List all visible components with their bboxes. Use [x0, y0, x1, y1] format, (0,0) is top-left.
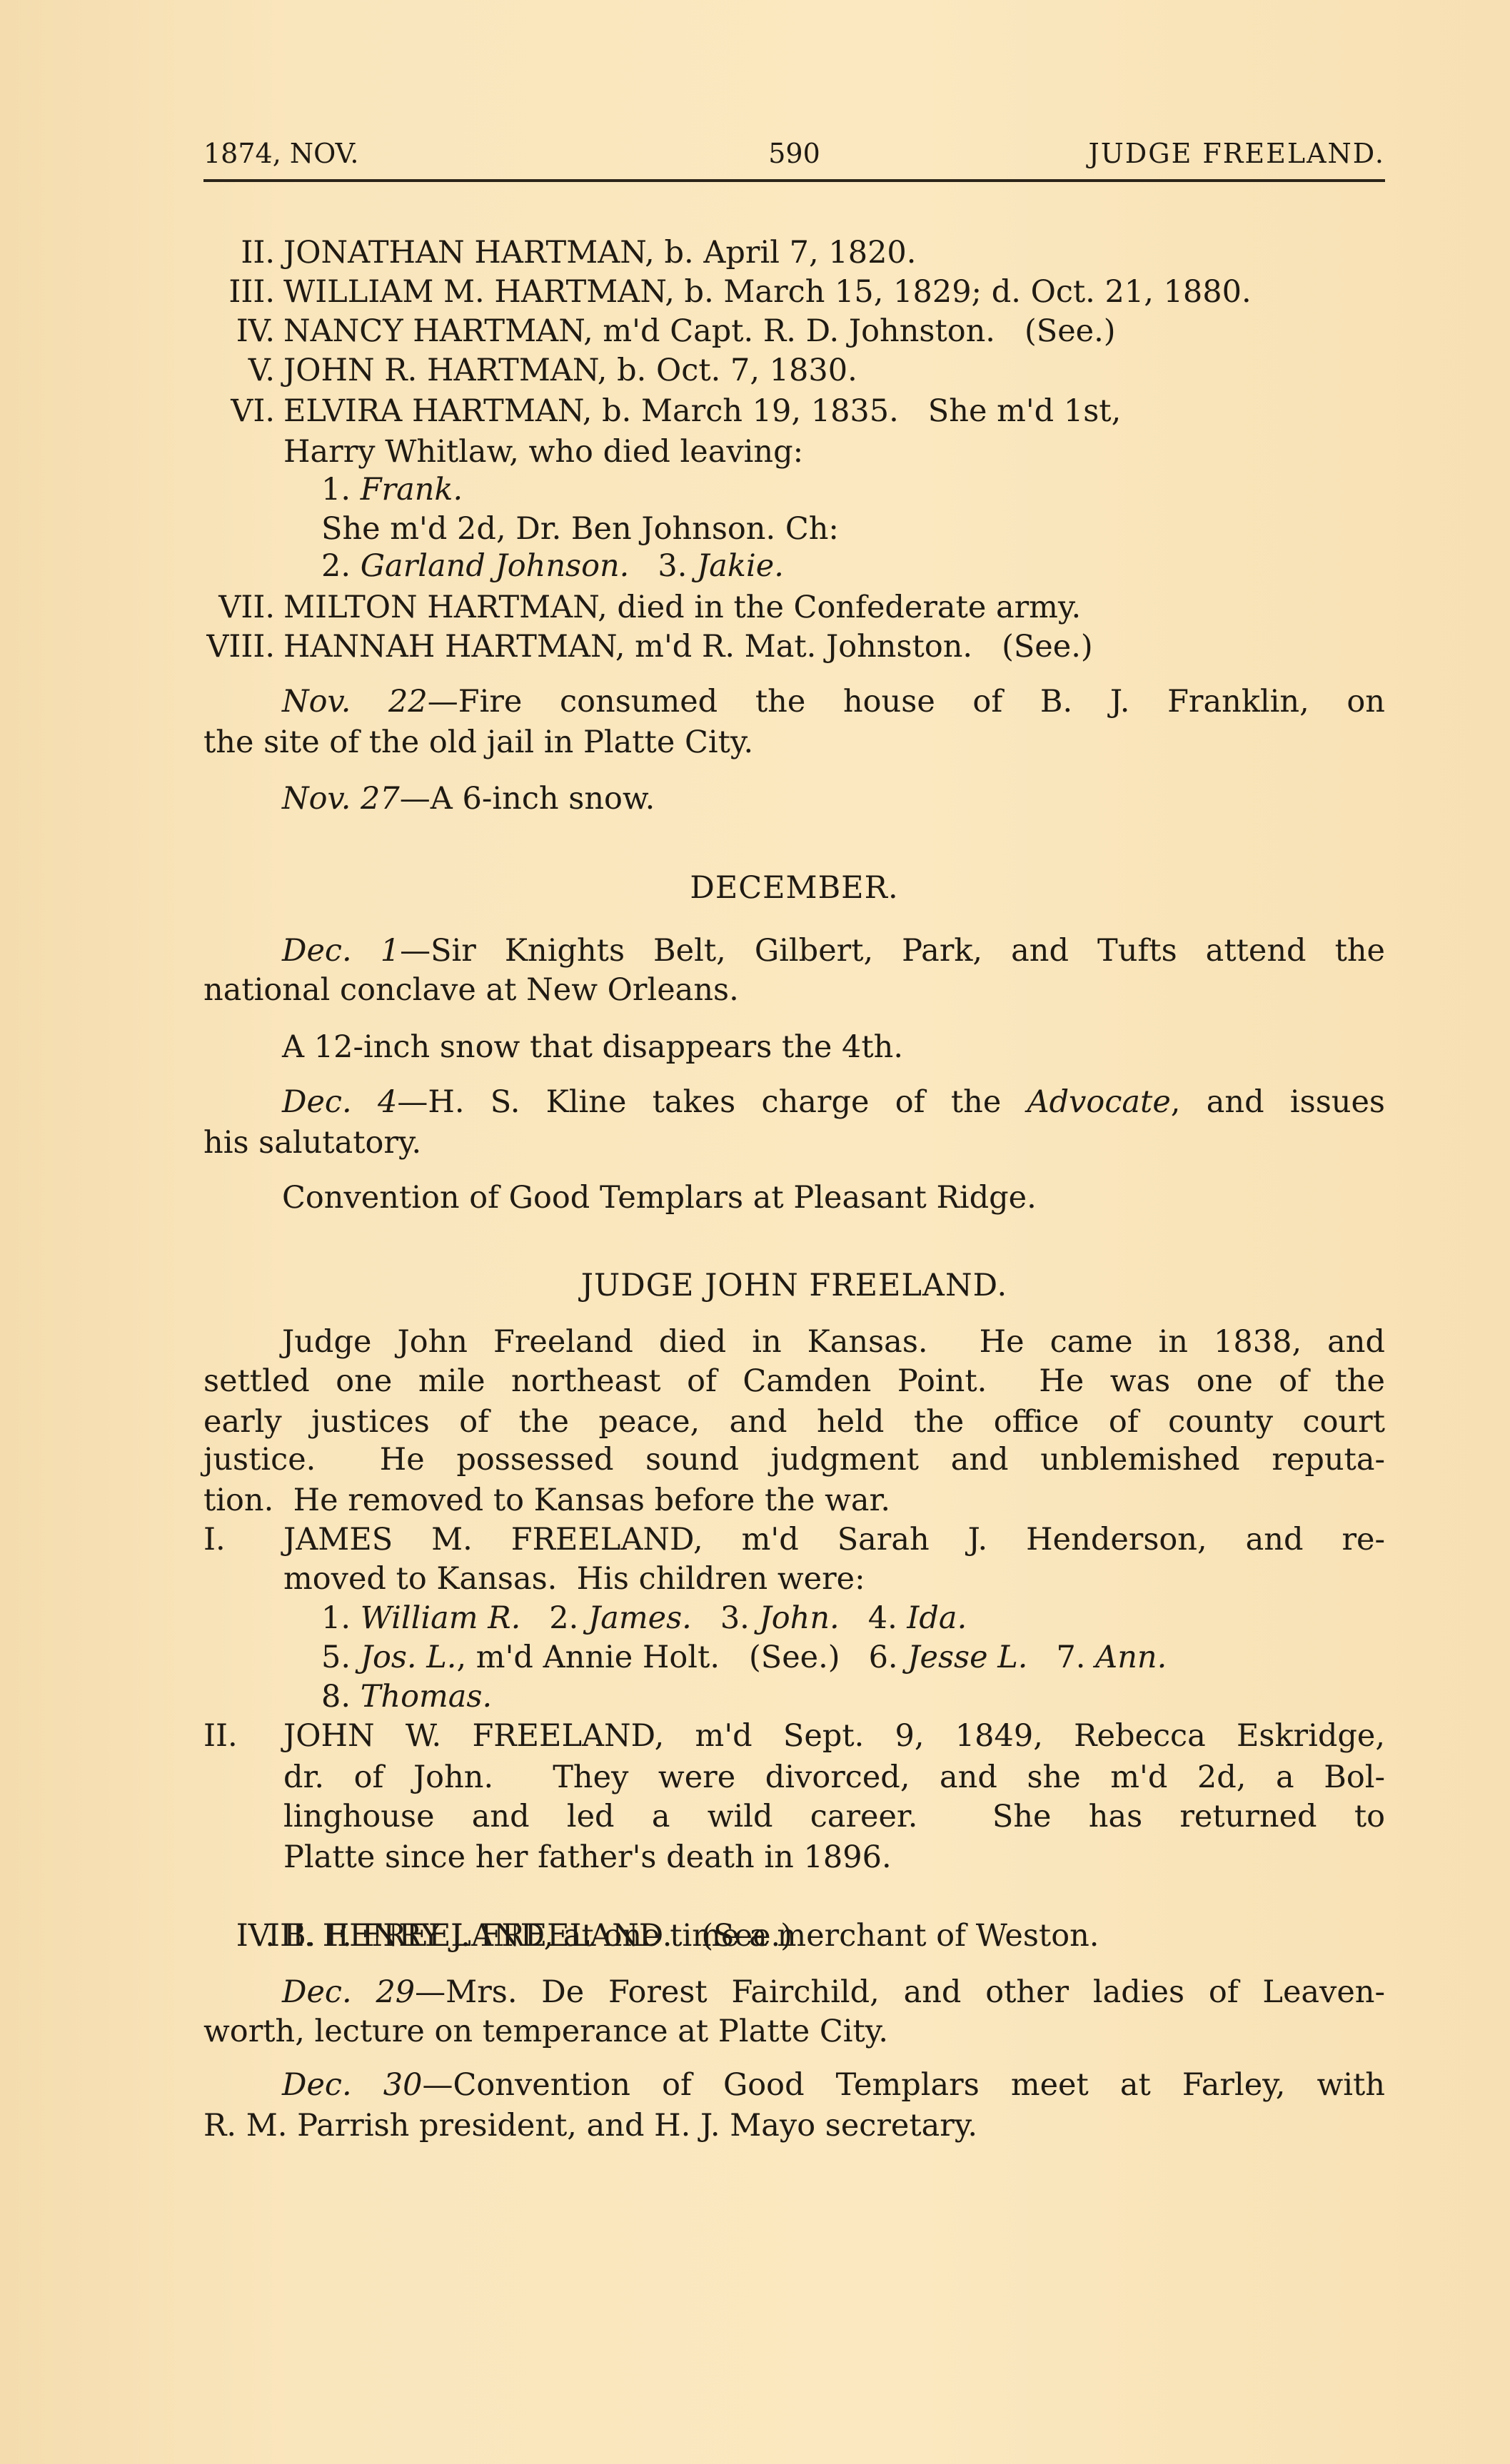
list-item: III.HENRY J. FREELAND. (See.)	[203, 1877, 1385, 1917]
entry-snow: A 12-inch snow that disappears the 4th.	[203, 1028, 1464, 1067]
newspaper-title: Advocate	[1027, 1084, 1171, 1120]
entry-dec-1: Dec. 1—Sir Knights Belt, Gilbert, Park, …	[203, 931, 1385, 971]
entry-dec-30-cont: R. M. Parrish president, and H. J. Mayo …	[203, 2106, 1385, 2146]
entry-dec-29-cont: worth, lecture on temperance at Platte C…	[203, 2012, 1385, 2051]
grandchild-item: 1. Frank.	[203, 470, 1385, 510]
running-head: 1874, NOV. 590 JUDGE FREELAND.	[203, 136, 1385, 171]
second-marriage: She m'd 2d, Dr. Ben Johnson. Ch:	[203, 510, 1385, 549]
list-item: IV.B. F. FREELAND, at one time a merchan…	[203, 1917, 1385, 1956]
list-item: II.JONATHAN HARTMAN, b. April 7, 1820.	[203, 233, 1385, 273]
bio-line: settled one mile northeast of Camden Poi…	[203, 1362, 1385, 1401]
list-item-continuation: linghouse and led a wild career. She has…	[203, 1797, 1385, 1837]
grandchild-row: 1. William R.2. James.3. John.4. Ida.	[203, 1599, 1385, 1638]
entry-nov-27: Nov. 27—A 6-inch snow.	[203, 779, 1464, 819]
list-item: III.WILLIAM M. HARTMAN, b. March 15, 182…	[203, 273, 1385, 312]
list-item-continuation: Platte since her father's death in 1896.	[203, 1838, 1385, 1877]
list-item-continuation: dr. of John. They were divorced, and she…	[203, 1758, 1385, 1797]
bio-line: early justices of the peace, and held th…	[203, 1403, 1385, 1442]
bio-line: Judge John Freeland died in Kansas. He c…	[203, 1323, 1385, 1362]
grandchild-row: 5. Jos. L., m'd Annie Holt. (See.)6. Jes…	[203, 1638, 1385, 1677]
entry-nov-22-cont: the site of the old jail in Platte City.	[203, 723, 1385, 762]
list-item: VI.ELVIRA HARTMAN, b. March 19, 1835. Sh…	[203, 392, 1385, 431]
section-heading-freeland: JUDGE JOHN FREELAND.	[203, 1266, 1385, 1306]
entry-convention: Convention of Good Templars at Pleasant …	[203, 1178, 1464, 1218]
list-item: IV.NANCY HARTMAN, m'd Capt. R. D. Johnst…	[203, 312, 1385, 351]
grandchild-item: 2. Garland Johnson.3. Jakie.	[203, 547, 1385, 586]
bio-line: tion. He removed to Kansas before the wa…	[203, 1481, 1385, 1520]
header-rule	[203, 179, 1385, 182]
entry-dec-4-cont: his salutatory.	[203, 1124, 1385, 1163]
list-item: VII.MILTON HARTMAN, died in the Confeder…	[203, 588, 1385, 627]
list-item: I.JAMES M. FREELAND, m'd Sarah J. Hender…	[203, 1520, 1385, 1560]
entry-dec-30: Dec. 30—Convention of Good Templars meet…	[203, 2066, 1385, 2105]
entry-dec-1-cont: national conclave at New Orleans.	[203, 971, 1385, 1010]
list-item-continuation: moved to Kansas. His children were:	[203, 1560, 1385, 1599]
grandchild-row: 8. Thomas.	[203, 1677, 1385, 1717]
entry-dec-4: Dec. 4—H. S. Kline takes charge of the A…	[203, 1083, 1385, 1122]
list-item: II.JOHN W. FREELAND, m'd Sept. 9, 1849, …	[203, 1717, 1385, 1756]
list-item-continuation: Harry Whitlaw, who died leaving:	[203, 433, 1385, 472]
bio-line: justice. He possessed sound judgment and…	[203, 1440, 1385, 1480]
entry-nov-22: Nov. 22—Fire consumed the house of B. J.…	[203, 682, 1385, 722]
section-heading-december: DECEMBER.	[203, 869, 1385, 908]
running-head-title: JUDGE FREELAND.	[1089, 136, 1385, 171]
list-item: V.JOHN R. HARTMAN, b. Oct. 7, 1830.	[203, 351, 1385, 390]
entry-dec-29: Dec. 29—Mrs. De Forest Fairchild, and ot…	[203, 1973, 1385, 2012]
list-item: VIII.HANNAH HARTMAN, m'd R. Mat. Johnsto…	[203, 627, 1385, 667]
